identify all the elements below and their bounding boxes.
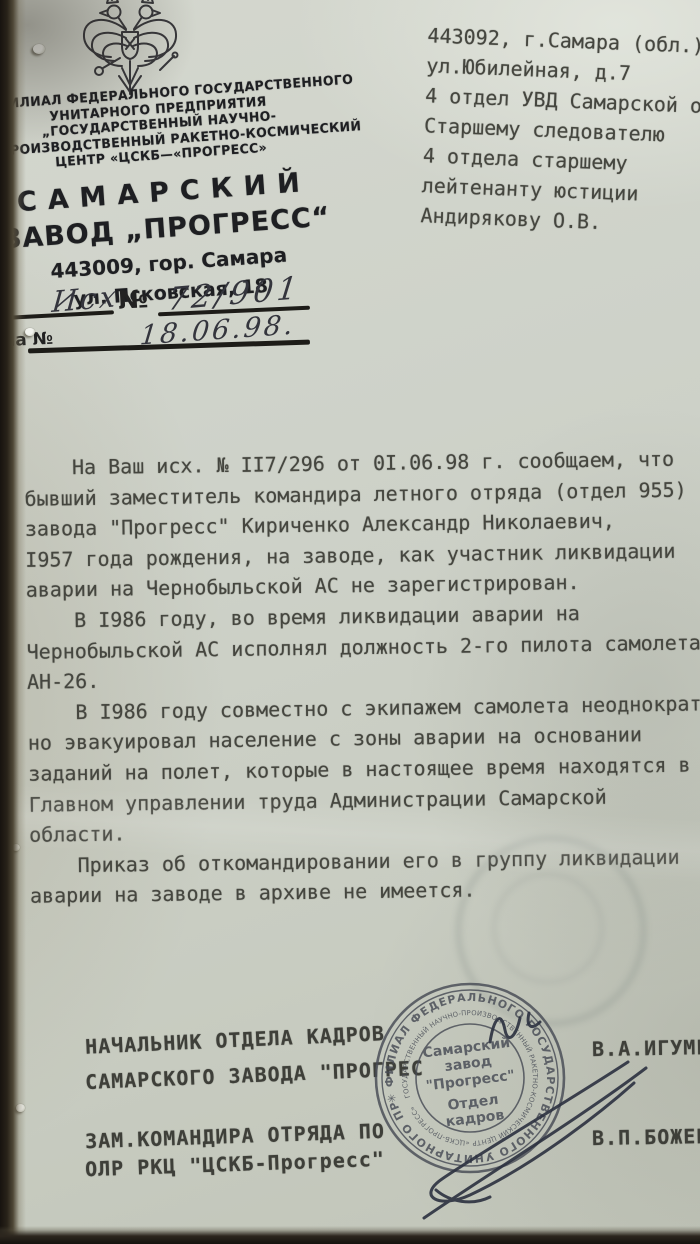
document-scan: ФИЛИАЛ ФЕДЕРАЛЬНОГО ГОСУДАРСТВЕННОГО УНИ…	[0, 0, 700, 1244]
stamp-center-line: Отдел	[447, 1092, 500, 1114]
stamp-center-line: завод	[444, 1053, 493, 1075]
signature-scribble	[436, 1190, 490, 1202]
signature1-name: В.А.ИГУМЕН	[592, 1035, 700, 1061]
signature1-title-line2: САМАРСКОГО ЗАВОДА "ПРОГРЕС	[85, 1056, 425, 1094]
staple-hole	[25, 328, 35, 336]
recipient-block: 443092, г.Самара (обл.) ул.Юбилейная, д.…	[420, 20, 700, 241]
staple-hole	[33, 44, 45, 54]
stamp-center-line: Самарский	[422, 1035, 511, 1062]
number-sign: №	[117, 284, 149, 315]
ghost-stamp-inner-ring	[492, 872, 604, 984]
signature2-name: В.П.БОЖЕНК	[592, 1124, 700, 1150]
body-text: На Ваш исх. № II7/296 от 0I.06.98 г. соо…	[24, 443, 700, 911]
signature1-title-line1: НАЧАЛЬНИК ОТДЕЛА КАДРОВ	[85, 1021, 386, 1059]
ghost-stamp-impression	[455, 835, 647, 1027]
page-edge-left	[0, 0, 26, 1244]
stamp-center-line: "Прогресс"	[425, 1068, 516, 1095]
signature2-title-line2: ОЛР РКЦ "ЦСКБ-Прогресс"	[85, 1147, 386, 1181]
page-edge-bottom	[0, 1226, 700, 1244]
stamp-center-line: кадров	[445, 1107, 505, 1130]
